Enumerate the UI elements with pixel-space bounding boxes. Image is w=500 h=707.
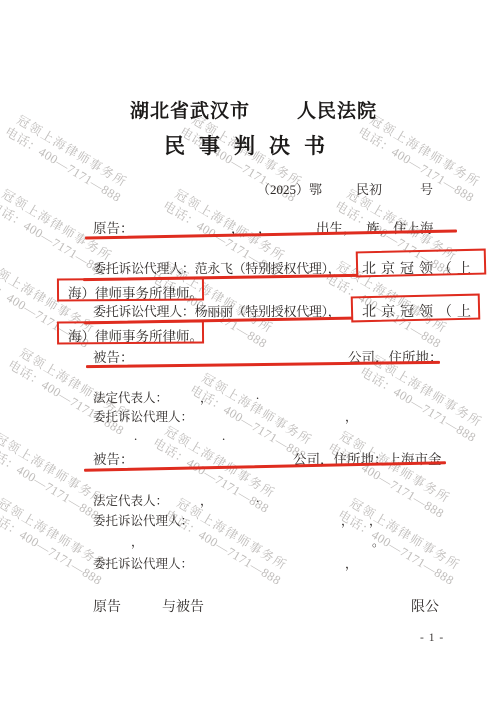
stray-comma: ， bbox=[131, 532, 144, 550]
defendant2-agent1-label: 委托诉讼代理人： bbox=[93, 511, 193, 529]
legal-rep1-label: 法定代表人： bbox=[93, 388, 168, 406]
defendant2-label: 被告： bbox=[93, 448, 134, 468]
plaintiff-label: 原告： bbox=[93, 217, 134, 237]
court-name-left: 湖北省武汉市 bbox=[130, 96, 250, 123]
case-number-suffix: 号 bbox=[420, 179, 433, 198]
judgment-document-page: 冠领上海律师事务所电话：400—7171—888冠领上海律师事务所电话：400—… bbox=[0, 0, 500, 707]
plaintiff-comma-1: ， bbox=[231, 217, 245, 237]
case-number-type: 民初 bbox=[356, 179, 382, 198]
defendant2-agent2-comma: ， bbox=[345, 554, 358, 572]
defendant2-agent2-label: 委托诉讼代理人： bbox=[93, 554, 193, 572]
summary-plaintiff: 原告 bbox=[93, 596, 121, 616]
agent1-firm-tail: 海）律师事务所律师。 bbox=[68, 282, 203, 302]
plaintiff-birth-text: 出生， bbox=[316, 217, 357, 237]
defendant1-agent-comma: ， bbox=[345, 407, 358, 425]
agent1-firm-head: 北京冠领（上 bbox=[362, 258, 476, 278]
legal-rep2-label: 法定代表人： bbox=[93, 491, 168, 509]
stray-dot-1: . bbox=[134, 428, 137, 444]
legal-rep2-comma: ， bbox=[200, 491, 213, 509]
agent2-lead-text: 委托诉讼代理人：杨丽丽（特别授权代理）， bbox=[93, 301, 341, 320]
defendant2-address-text: 公司，住所地：上海市金 bbox=[293, 448, 442, 468]
document-title: 民事判决书 bbox=[164, 130, 339, 160]
agent2-firm-head: 北京冠领（上 bbox=[362, 301, 476, 321]
legal-rep1-comma: ， bbox=[200, 388, 213, 406]
defendant2-agent1-comma-2: ， bbox=[369, 511, 382, 529]
plaintiff-residence-text: 族，住上海 bbox=[366, 217, 434, 237]
defendant1-address-text: 公司，住所地： bbox=[348, 346, 443, 366]
defendant2-agent1-comma-1: ， bbox=[341, 511, 354, 529]
legal-rep1-dot: . bbox=[256, 388, 259, 403]
document-text: 湖北省武汉市 人民法院 民事判决书 （2025）鄂 民初 号 原告： ， ， 出… bbox=[0, 0, 500, 707]
stray-period: 。 bbox=[372, 532, 385, 550]
plaintiff-comma-2: ， bbox=[258, 217, 272, 237]
case-number-prefix: （2025）鄂 bbox=[257, 179, 322, 198]
agent1-lead-text: 委托诉讼代理人：范永飞（特别授权代理）， bbox=[93, 258, 341, 277]
defendant1-agent-label: 委托诉讼代理人： bbox=[93, 407, 193, 425]
summary-vs-defendant: 与被告 bbox=[162, 596, 204, 616]
defendant1-label: 被告： bbox=[93, 346, 134, 366]
court-name-right: 人民法院 bbox=[297, 96, 377, 123]
agent2-firm-tail: 海）律师事务所律师。 bbox=[68, 325, 203, 345]
stray-dot-2: . bbox=[222, 428, 225, 444]
legal-rep2-dot: . bbox=[256, 491, 259, 506]
summary-tail: 限公 bbox=[411, 596, 439, 616]
page-number: - 1 - bbox=[420, 632, 444, 644]
